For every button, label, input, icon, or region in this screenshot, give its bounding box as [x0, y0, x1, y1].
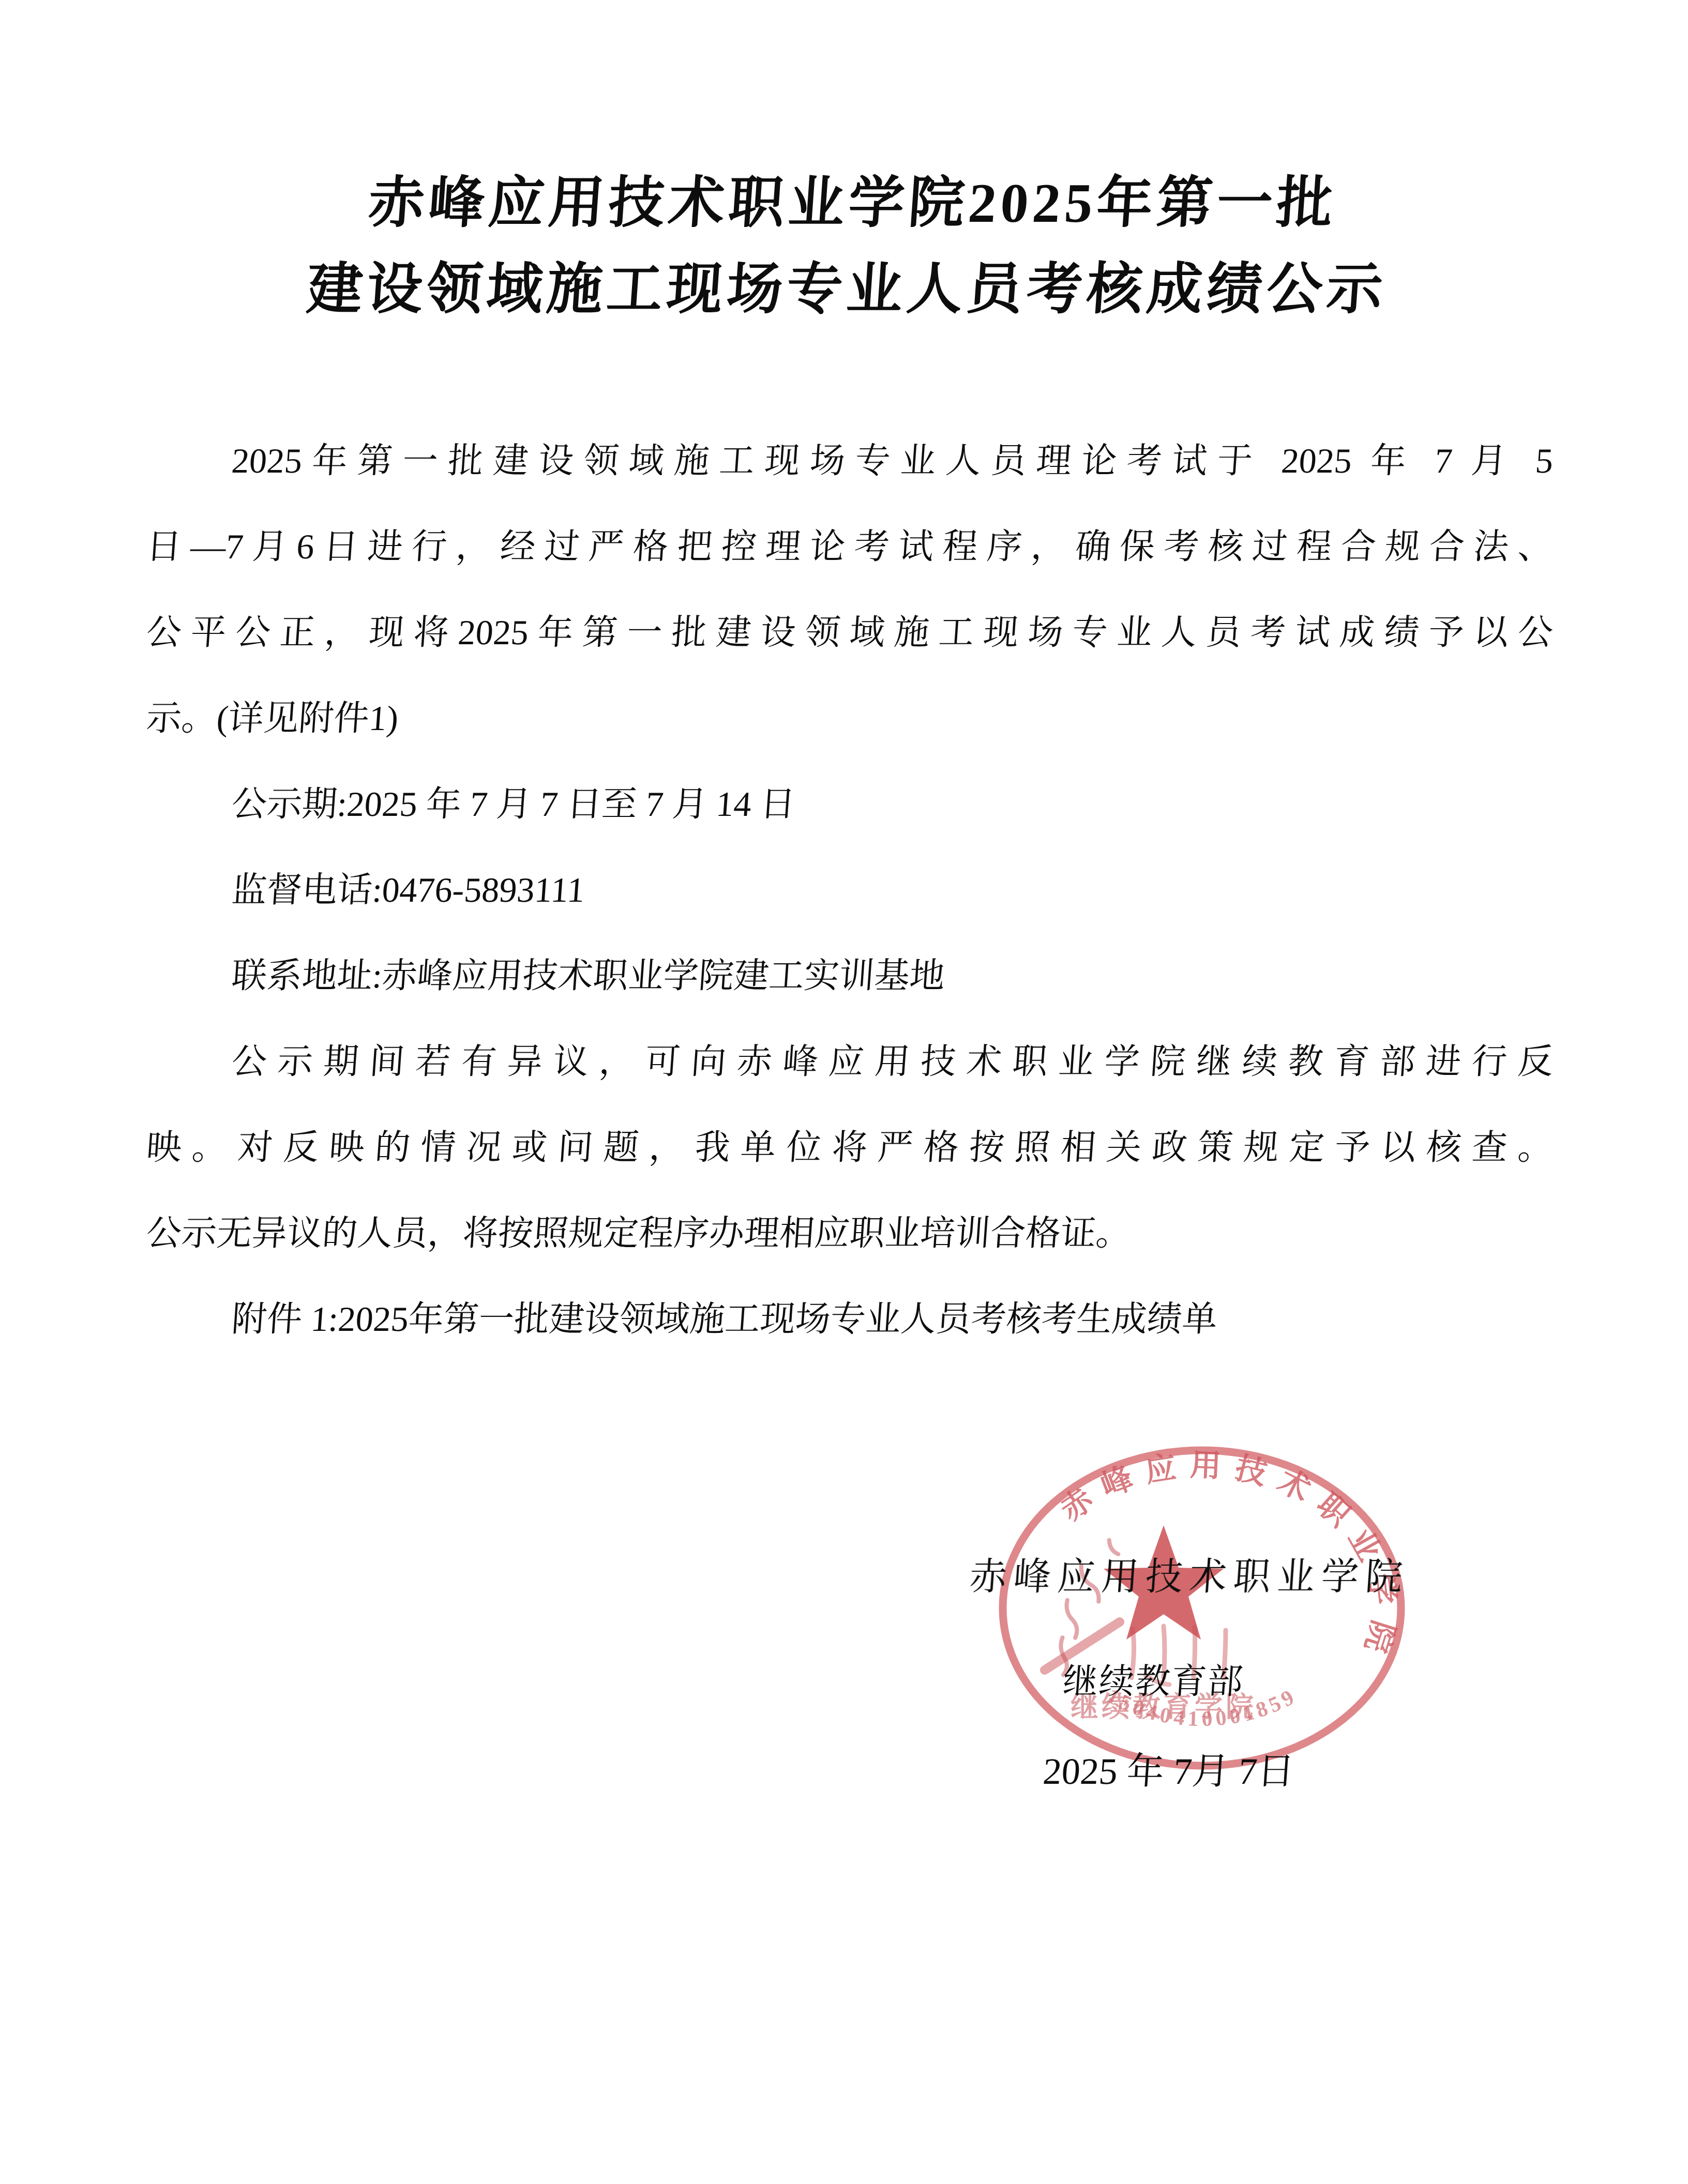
- body-line: 2025年第一批建设领域施工现场专业人员理论考试于 2025 年 7 月 5: [143, 418, 1556, 504]
- body-line-supervision-phone: 监督电话:0476-5893111: [143, 847, 1556, 933]
- title-line-1: 赤峰应用技术职业学院2025年第一批: [146, 160, 1559, 247]
- body-line-contact-address: 联系地址:赤峰应用技术职业学院建工实训基地: [143, 933, 1556, 1019]
- signature-department: 继续教育部: [919, 1656, 1388, 1707]
- body-line: 公示无异议的人员，将按照规定程序办理相应职业培训合格证。: [143, 1190, 1556, 1276]
- body-line-publicity-period: 公示期:2025 年 7 月 7 日至 7 月 14 日: [143, 761, 1556, 847]
- title-line-2: 建设领域施工现场专业人员考核成绩公示: [140, 247, 1553, 333]
- document-page: 赤峰应用技术职业学院2025年第一批 建设领域施工现场专业人员考核成绩公示 20…: [0, 0, 1688, 2184]
- official-seal: 赤峰应用技术职业学院 继续教育学院 15040410001859: [990, 1440, 1414, 1781]
- body-line-attachment: 附件 1:2025年第一批建设领域施工现场专业人员考核考生成绩单: [143, 1276, 1556, 1362]
- signature-date: 2025 年 7月 7日: [935, 1746, 1404, 1797]
- body-line: 映。对反映的情况或问题，我单位将严格按照相关政策规定予以核查。: [143, 1104, 1556, 1190]
- body-line: 日—7月6日进行，经过严格把控理论考试程序，确保考核过程合规合法、: [143, 504, 1556, 589]
- body-line: 公平公正，现将2025年第一批建设领域施工现场专业人员考试成绩予以公: [143, 589, 1556, 675]
- document-title: 赤峰应用技术职业学院2025年第一批 建设领域施工现场专业人员考核成绩公示: [140, 160, 1559, 333]
- signature-organization: 赤峰应用技术职业学院: [955, 1551, 1424, 1603]
- body-line: 公示期间若有异议，可向赤峰应用技术职业学院继续教育部进行反: [143, 1019, 1556, 1104]
- document-body: 2025年第一批建设领域施工现场专业人员理论考试于 2025 年 7 月 5 日…: [146, 418, 1553, 1362]
- body-line: 示。(详见附件1): [143, 675, 1556, 761]
